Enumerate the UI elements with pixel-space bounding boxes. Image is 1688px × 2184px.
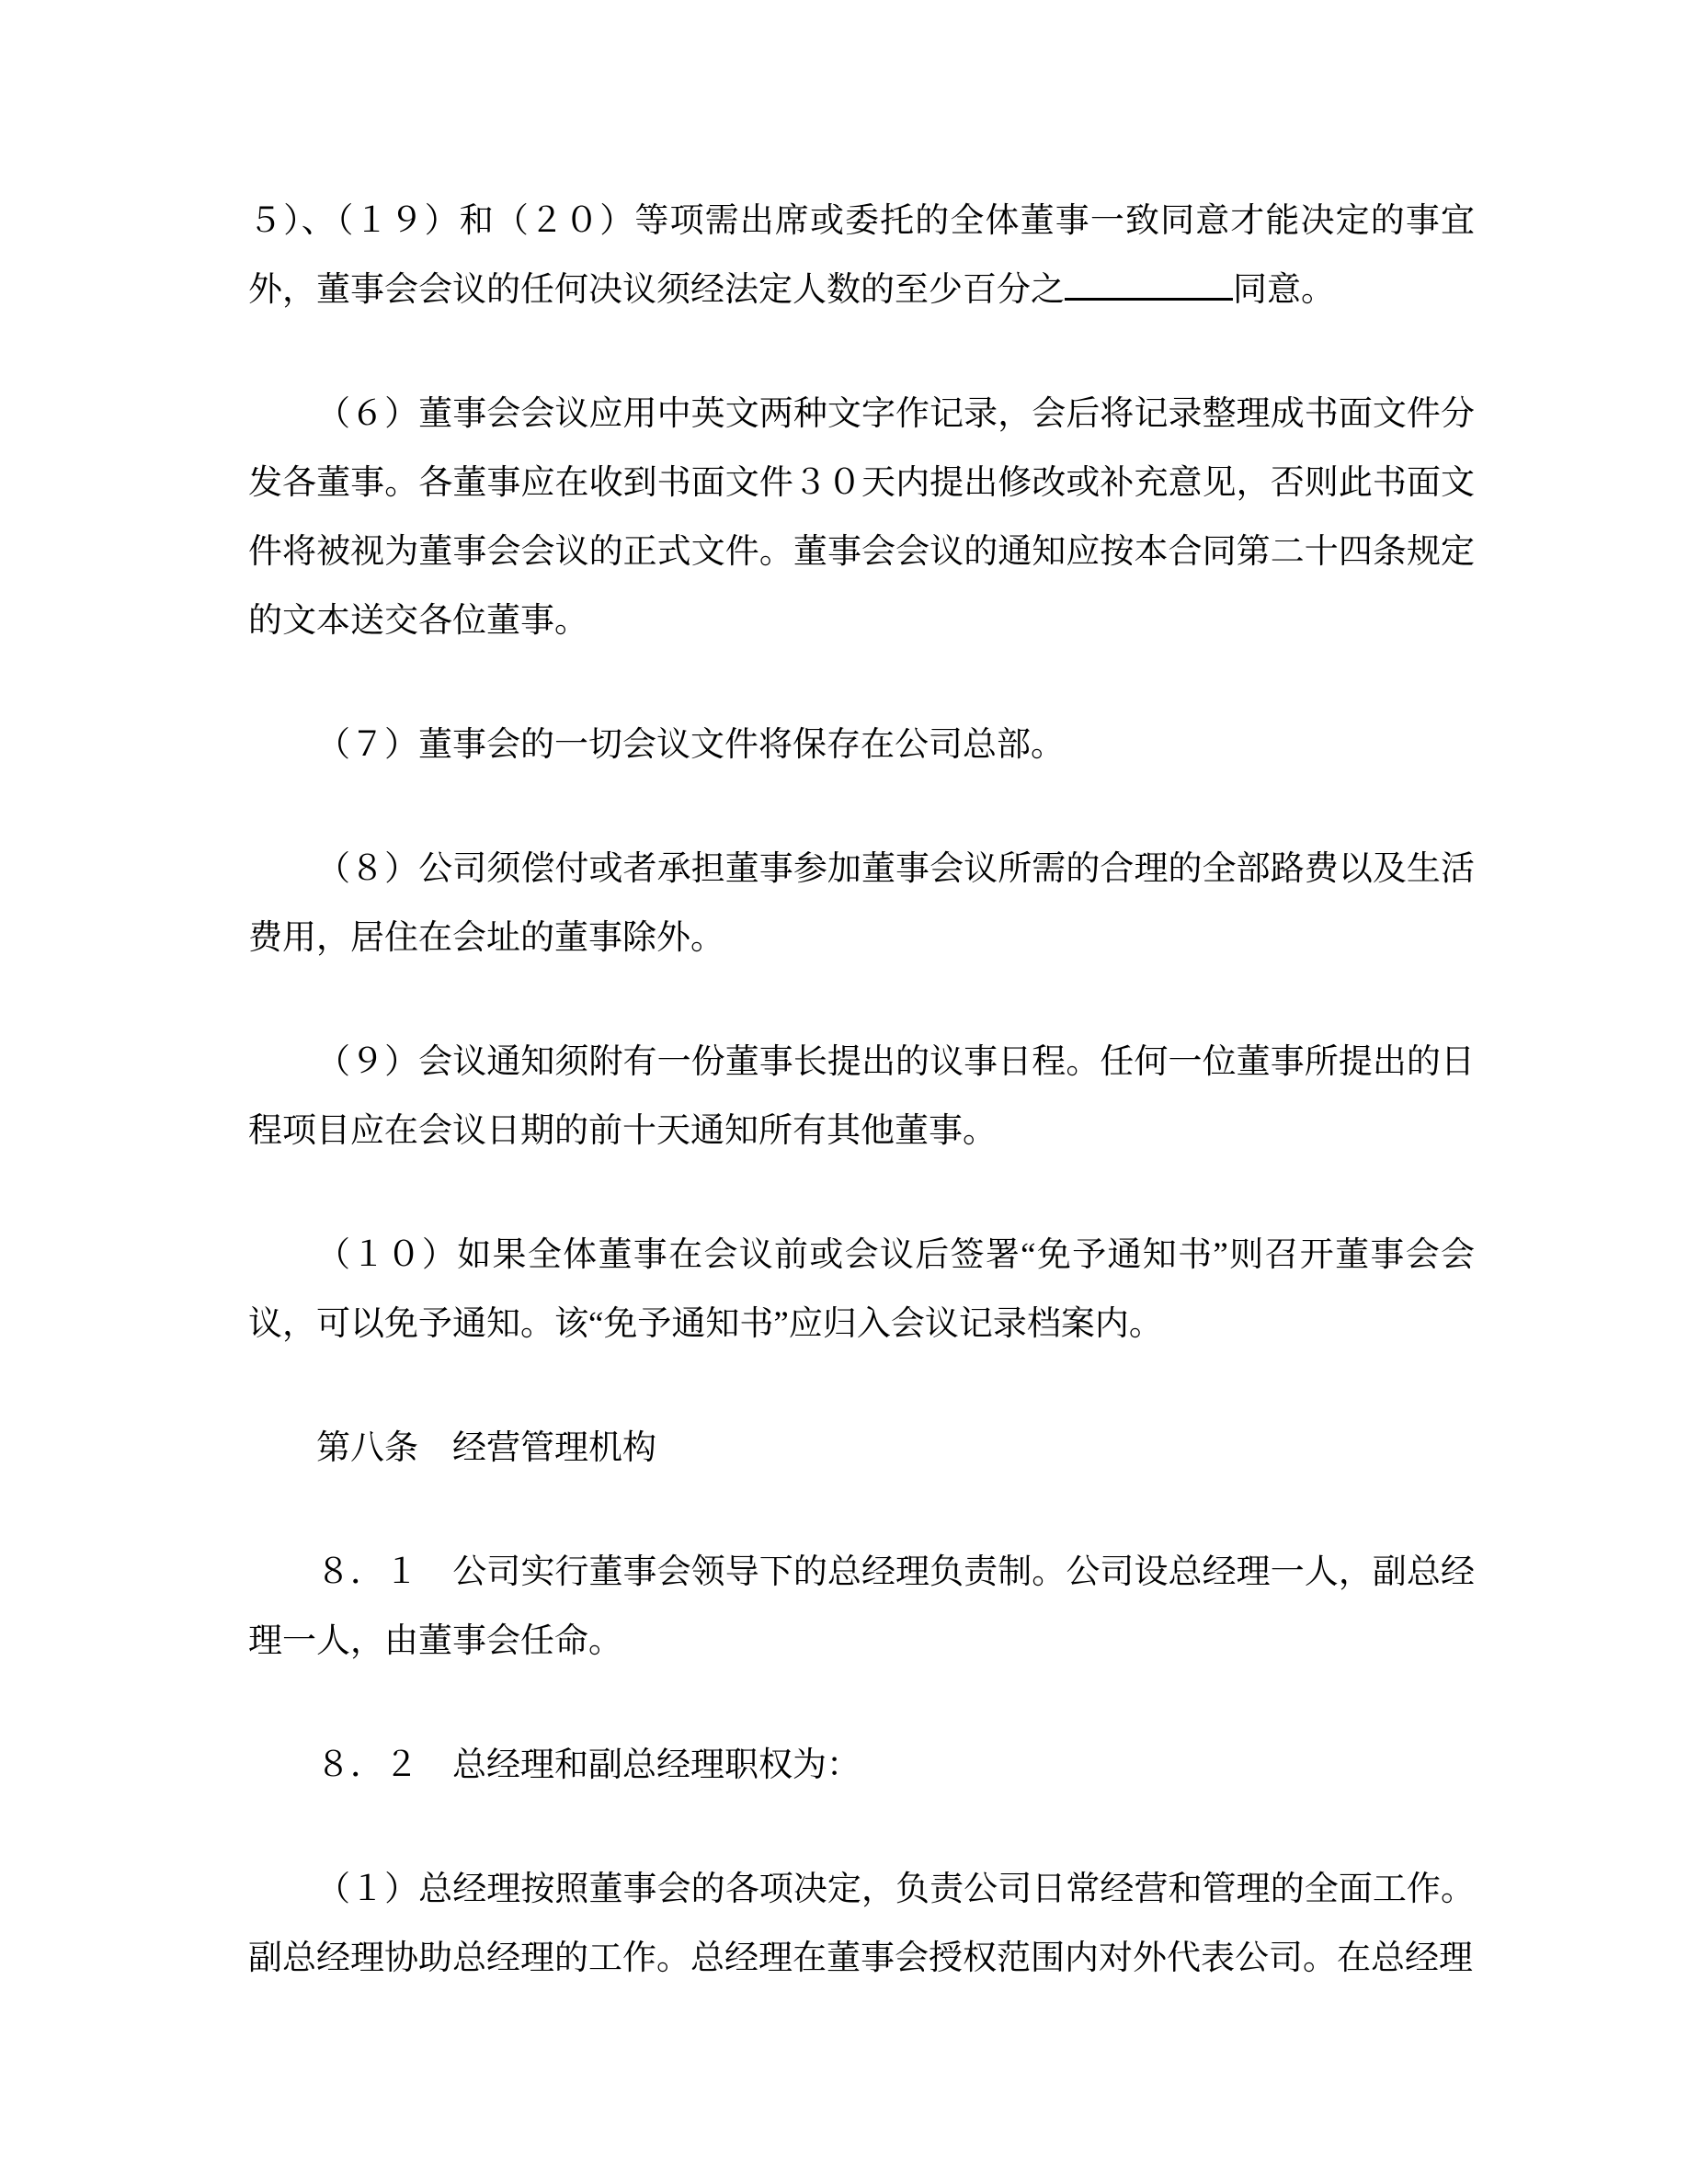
clause-7-paragraph: （７）董事会的一切会议文件将保存在公司总部。 xyxy=(248,711,1475,779)
article-8-heading: 第八条 经营管理机构 xyxy=(248,1414,1475,1483)
clause-10-paragraph: （１０）如果全体董事在会议前或会议后签署“免予通知书”则召开董事会会议，可以免予… xyxy=(248,1221,1475,1359)
clause-5-continuation-paragraph: ５）、（１９）和（２０）等项需出席或委托的全体董事一致同意才能决定的事宜外，董事… xyxy=(248,187,1475,324)
fill-in-blank-percentage xyxy=(1065,266,1233,301)
contract-document-page: ５）、（１９）和（２０）等项需出席或委托的全体董事一致同意才能决定的事宜外，董事… xyxy=(0,0,1688,2184)
clause-6-paragraph: （６）董事会会议应用中英文两种文字作记录，会后将记录整理成书面文件分发各董事。各… xyxy=(248,380,1475,655)
clause-5-text-after-blank: 同意。 xyxy=(1233,271,1335,309)
clause-8-paragraph: （８）公司须偿付或者承担董事参加董事会议所需的合理的全部路费以及生活费用，居住在… xyxy=(248,835,1475,973)
section-8-2-item-1-paragraph: （１）总经理按照董事会的各项决定，负责公司日常经营和管理的全面工作。副总经理协助… xyxy=(248,1855,1475,1993)
clause-9-paragraph: （９）会议通知须附有一份董事长提出的议事日程。任何一位董事所提出的日程项目应在会… xyxy=(248,1028,1475,1166)
section-8-2-paragraph: ８．２ 总经理和副总经理职权为： xyxy=(248,1731,1475,1800)
section-8-1-paragraph: ８．１ 公司实行董事会领导下的总经理负责制。公司设总经理一人，副总经理一人，由董… xyxy=(248,1538,1475,1676)
